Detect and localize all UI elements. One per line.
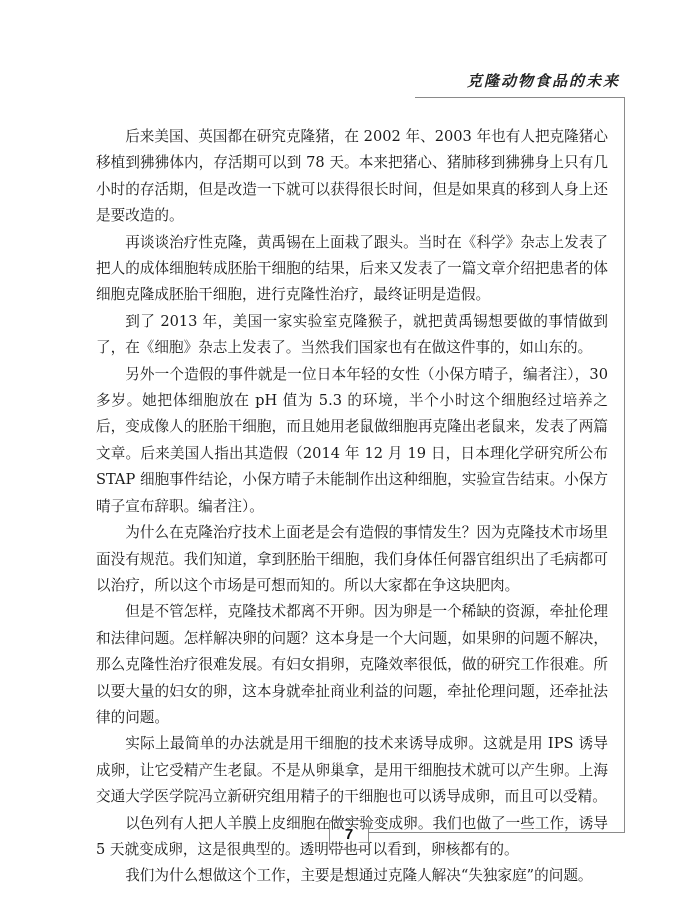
running-header: 克隆动物食品的未来 — [430, 70, 620, 91]
paragraph: 为什么在克隆治疗技术上面老是会有造假的事情发生？因为克隆技术市场里面没有规范。我… — [96, 520, 608, 599]
paragraph: 但是不管怎样，克隆技术都离不开卵。因为卵是一个稀缺的资源，牵扯伦理和法律问题。怎… — [96, 599, 608, 731]
frame-top-line — [415, 97, 624, 98]
paragraph: 另外一个造假的事件就是一位日本年轻的女性（小保方晴子，编者注），30 多岁。她把… — [96, 362, 608, 520]
frame-right-line — [624, 97, 625, 832]
body-text: 后来美国、英国都在研究克隆猪，在 2002 年、2003 年也有人把克隆猪心移植… — [96, 124, 608, 890]
page-number: 7 — [329, 820, 369, 850]
paragraph: 再谈谈治疗性克隆，黄禹锡在上面栽了跟头。当时在《科学》杂志上发表了把人的成体细胞… — [96, 230, 608, 309]
paragraph: 我们为什么想做这个工作，主要是想通过克隆人解决“失独家庭”的问题。 — [96, 863, 608, 889]
paragraph: 到了 2013 年，美国一家实验室克隆猴子，就把黄禹锡想要做的事情做到了，在《细… — [96, 309, 608, 362]
paragraph: 实际上最简单的办法就是用干细胞的技术来诱导成卵。这就是用 IPS 诱导成卵，让它… — [96, 731, 608, 810]
paragraph: 后来美国、英国都在研究克隆猪，在 2002 年、2003 年也有人把克隆猪心移植… — [96, 124, 608, 230]
